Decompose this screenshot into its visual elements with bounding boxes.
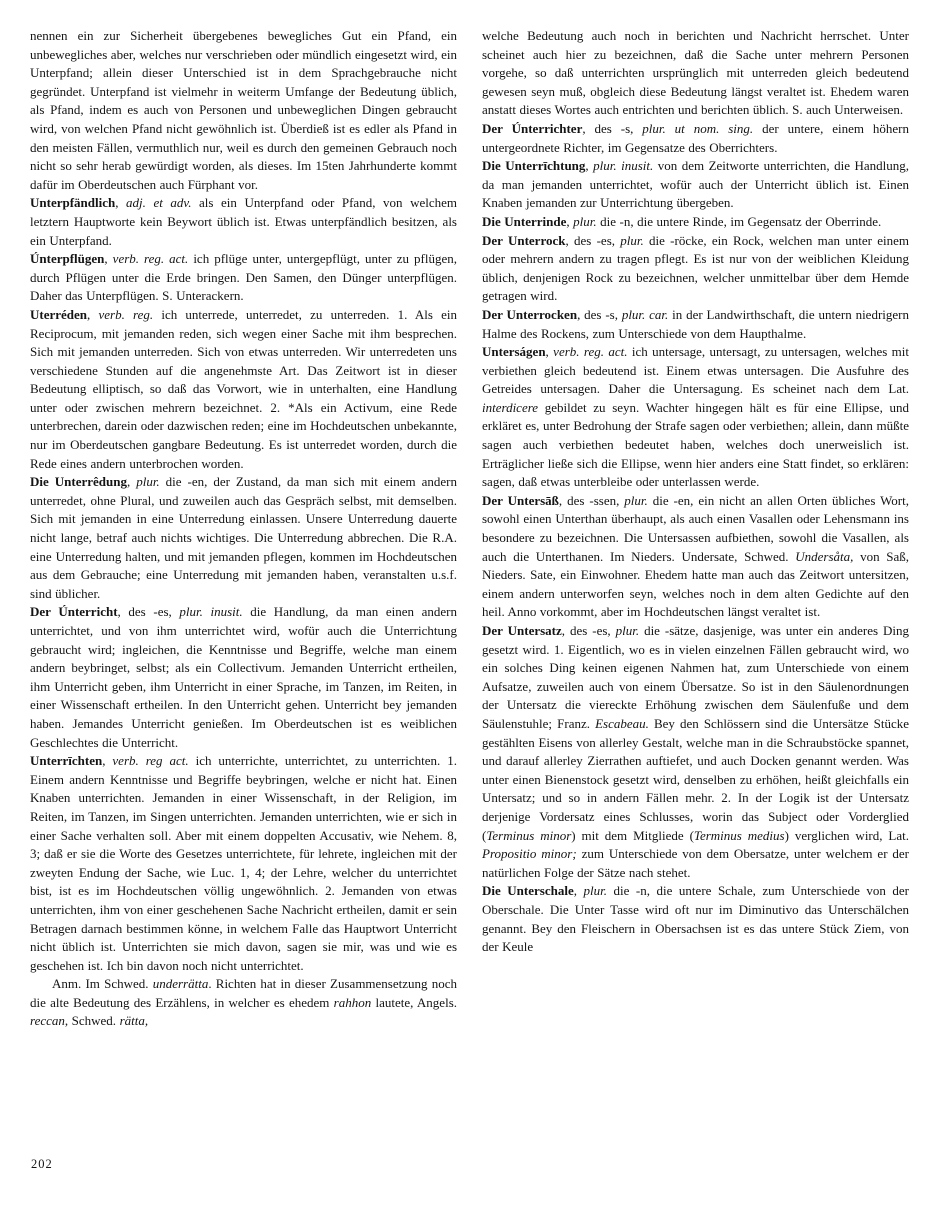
body-text-run: ich unterrede, unterredet, zu unterreden… [30,307,457,471]
body-text-run: , [127,474,136,489]
dictionary-entry: Die Unterrinde, plur. die -n, die untere… [482,213,909,232]
body-text-run: , des -ssen, [559,493,624,508]
italic-text-run: Terminus minor [486,828,571,843]
body-text-run: , des -es, [565,233,620,248]
italic-text-run: verb. reg. act. [553,344,627,359]
italic-text-run: plur. inusit. [179,604,242,619]
body-text-run: welche Bedeutung auch noch in berichten … [482,28,909,117]
dictionary-entry: Die Unterrêdung, plur. die -en, der Zust… [30,473,457,603]
entry-headword: Unterrīchten [30,753,102,768]
italic-text-run: adj. et adv. [126,195,191,210]
body-text-run: Anm. Im Schwed. [52,976,153,991]
italic-text-run: plur. [624,493,647,508]
entry-headword: Die Unterrīchtung [482,158,585,173]
dictionary-entry: Der Untersāß, des -ssen, plur. die -en, … [482,492,909,622]
text-paragraph: welche Bedeutung auch noch in berichten … [482,27,909,120]
italic-text-run: rätta, [120,1013,149,1028]
entry-headword: Die Unterrinde [482,214,566,229]
entry-headword: Der Untersāß [482,493,559,508]
body-text-run: nennen ein zur Sicherheit übergebenes be… [30,28,457,192]
body-text-run: , des -es, [118,604,180,619]
body-text-run: die -sätze, dasjenige, was unter ein and… [482,623,909,731]
entry-headword: Die Unterrêdung [30,474,127,489]
italic-text-run: plur. [620,233,643,248]
body-text-run: gebildet zu seyn. Wachter hingegen hält … [482,400,909,489]
entry-headword: Der Untersatz [482,623,562,638]
italic-text-run: plur. [584,883,607,898]
italic-text-run: Escabeau. [595,716,649,731]
dictionary-entry: Unterságen, verb. reg. act. ich untersag… [482,343,909,492]
body-text-run: , [574,883,584,898]
body-text-run: , [102,753,112,768]
body-text-run: die -en, der Zustand, da man sich mit ei… [30,474,457,601]
italic-text-run: Propositio minor; [482,846,577,861]
italic-text-run: Terminus medius [694,828,785,843]
dictionary-entry: Der Únterrichter, des -s, plur. ut nom. … [482,120,909,157]
dictionary-entry: Unterpfändlich, adj. et adv. als ein Unt… [30,194,457,250]
body-text-run: , des -s, [582,121,642,136]
dictionary-entry: Der Untersatz, des -es, plur. die -sätze… [482,622,909,882]
text-paragraph: nennen ein zur Sicherheit übergebenes be… [30,27,457,194]
dictionary-entry: Der Unterrock, des -es, plur. die -röcke… [482,232,909,306]
italic-text-run: Undersåta, [795,549,853,564]
entry-headword: Unterságen [482,344,546,359]
body-text-run: , [104,251,112,266]
italic-text-run: plur. [573,214,596,229]
right-text-column: welche Bedeutung auch noch in berichten … [482,27,909,1155]
italic-text-run: verb. reg. act. [113,251,189,266]
italic-text-run: plur. inusit. [593,158,653,173]
entry-headword: Uterréden [30,307,87,322]
italic-text-run: plur. [136,474,159,489]
entry-headword: Die Unterschale [482,883,574,898]
dictionary-entry: Unterrīchten, verb. reg act. ich unterri… [30,752,457,975]
dictionary-page: nennen ein zur Sicherheit übergebenes be… [0,0,935,1210]
body-text-run: , [585,158,593,173]
entry-headword: Der Únterricht [30,604,118,619]
body-text-run: , [87,307,98,322]
dictionary-entry: Uterréden, verb. reg. ich unterrede, unt… [30,306,457,473]
italic-text-run: verb. reg act. [112,753,188,768]
body-text-run: , [115,195,126,210]
entry-headword: Der Unterrocken [482,307,577,322]
body-text-run: , des -s, [577,307,622,322]
italic-text-run: plur. car. [622,307,668,322]
text-paragraph: Anm. Im Schwed. underrätta. Richten hat … [30,975,457,1031]
body-text-run: ich unterrichte, unterrichtet, zu unterr… [30,753,457,973]
italic-text-run: reccan [30,1013,65,1028]
left-text-column: nennen ein zur Sicherheit übergebenes be… [30,27,457,1155]
entry-headword: Der Unterrock [482,233,565,248]
italic-text-run: verb. reg. [98,307,153,322]
entry-headword: Der Únterrichter [482,121,582,136]
entry-headword: Únterpflügen [30,251,104,266]
body-text-run: , des -es, [562,623,616,638]
page-number: 202 [31,1157,53,1172]
dictionary-entry: Die Unterschale, plur. die -n, die unter… [482,882,909,956]
body-text-run: Bey den Schlössern sind die Untersätze S… [482,716,909,843]
entry-headword: Unterpfändlich [30,195,115,210]
italic-text-run: underrätta [153,976,209,991]
body-text-run: ) mit dem Mitgliede ( [571,828,694,843]
body-text-run: die Handlung, da man einen andern unterr… [30,604,457,749]
italic-text-run: plur. ut nom. sing. [642,121,753,136]
body-text-run: die -n, die untere Rinde, im Gegensatz d… [597,214,882,229]
italic-text-run: rahhon [334,995,372,1010]
italic-text-run: interdicere [482,400,538,415]
dictionary-entry: Die Unterrīchtung, plur. inusit. von dem… [482,157,909,213]
body-text-run: , Schwed. [65,1013,120,1028]
dictionary-entry: Der Unterrocken, des -s, plur. car. in d… [482,306,909,343]
italic-text-run: plur. [616,623,639,638]
body-text-run: ) verglichen wird, Lat. [785,828,909,843]
dictionary-entry: Únterpflügen, verb. reg. act. ich pflüge… [30,250,457,306]
body-text-run: lautete, Angels. [371,995,457,1010]
dictionary-entry: Der Únterricht, des -es, plur. inusit. d… [30,603,457,752]
